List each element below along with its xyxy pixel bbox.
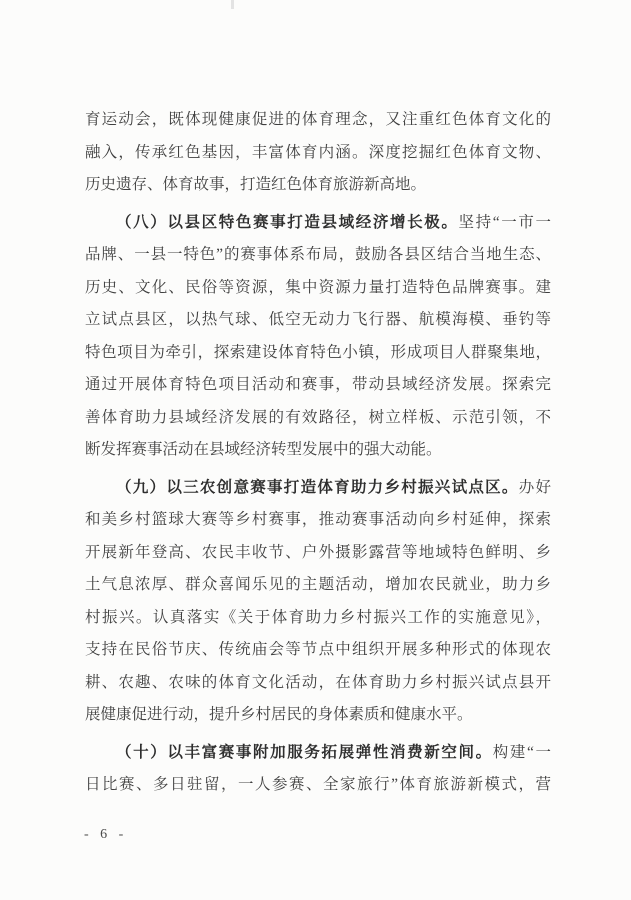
text-line: 特色项目为牵引，探索建设体育特色小镇，形成项目人群聚集地， [85,337,551,370]
text-line: （九）以三农创意赛事打造体育助力乡村振兴试点区。办好 [85,472,551,505]
text-line: 日比赛、多日驻留，一人参赛、全家旅行”体育旅游新模式，营 [85,769,551,802]
heading-bold-text: （八）以县区特色赛事打造县域经济增长极。 [116,214,458,231]
scan-artifact-mark [231,0,234,9]
text-line: 村振兴。认真落实《关于体育助力乡村振兴工作的实施意见》， [85,602,551,635]
paragraph-continuation-red-sports: 育运动会，既体现健康促进的体育理念，又注重红色体育文化的融入，传承红色基因，丰富… [85,104,551,202]
text-line: 和美乡村篮球大赛等乡村赛事，推动赛事活动向乡村延伸，探索 [85,504,551,537]
text-line: 支持在民俗节庆、传统庙会等节点中组织开展多种形式的体现农 [85,634,551,667]
paragraph-8-county-events: （八）以县区特色赛事打造县域经济增长极。坚持“一市一品牌、一县一特色”的赛事体系… [85,207,551,467]
body-text: 坚持“一市一 [458,214,551,231]
text-line: 开展新年登高、农民丰收节、户外摄影露营等地域特色鲜明、乡 [85,537,551,570]
document-body-text: 育运动会，既体现健康促进的体育理念，又注重红色体育文化的融入，传承红色基因，丰富… [85,104,551,802]
body-text: 支持在民俗节庆、传统庙会等节点中组织开展多种形式的体现农 [85,641,551,658]
body-text: 通过开展体育特色项目活动和赛事，带动县域经济发展。探索完 [85,376,551,393]
body-text: 土气息浓厚、群众喜闻乐见的主题活动，增加农民就业，助力乡 [85,576,551,593]
body-text: 历史、文化、民俗等资源，集中资源力量打造特色品牌赛事。建 [85,279,551,296]
text-line: 断发挥赛事活动在县域经济转型发展中的强大动能。 [85,434,551,467]
scanned-document-page: 育运动会，既体现健康促进的体育理念，又注重红色体育文化的融入，传承红色基因，丰富… [0,0,631,900]
body-text: 构建“一 [493,744,551,761]
text-line: 展健康促进行动，提升乡村居民的身体素质和健康水平。 [85,699,551,732]
text-line: （八）以县区特色赛事打造县域经济增长极。坚持“一市一 [85,207,551,240]
body-text: 村振兴。认真落实《关于体育助力乡村振兴工作的实施意见》， [85,609,551,626]
text-line: 历史遗存、体育故事，打造红色体育旅游新高地。 [85,169,551,202]
text-line: 善体育助力县域经济发展的有效路径，树立样板、示范引领，不 [85,402,551,435]
body-text: 立试点县区，以热气球、低空无动力飞行器、航模海模、垂钓等 [85,311,551,328]
body-text: 融入，传承红色基因，丰富体育内涵。深度挖掘红色体育文物、 [85,144,551,161]
text-line: 耕、农趣、农味的体育文化活动，在体育助力乡村振兴试点县开 [85,667,551,700]
body-text: 特色项目为牵引，探索建设体育特色小镇，形成项目人群聚集地， [85,344,551,361]
body-text: 耕、农趣、农味的体育文化活动，在体育助力乡村振兴试点县开 [85,674,551,691]
body-text: 和美乡村篮球大赛等乡村赛事，推动赛事活动向乡村延伸，探索 [85,511,551,528]
body-text: 善体育助力县域经济发展的有效路径，树立样板、示范引领，不 [85,409,551,426]
body-text: 开展新年登高、农民丰收节、户外摄影露营等地域特色鲜明、乡 [85,544,551,561]
body-text: 品牌、一县一特色”的赛事体系布局，鼓励各县区结合当地生态、 [85,246,551,263]
text-line: 立试点县区，以热气球、低空无动力飞行器、航模海模、垂钓等 [85,304,551,337]
page-number: - 6 - [84,827,127,843]
text-line: 育运动会，既体现健康促进的体育理念，又注重红色体育文化的 [85,104,551,137]
paragraph-9-rural-revitalization: （九）以三农创意赛事打造体育助力乡村振兴试点区。办好和美乡村篮球大赛等乡村赛事，… [85,472,551,732]
text-line: 通过开展体育特色项目活动和赛事，带动县域经济发展。探索完 [85,369,551,402]
text-line: 土气息浓厚、群众喜闻乐见的主题活动，增加农民就业，助力乡 [85,569,551,602]
text-line: 历史、文化、民俗等资源，集中资源力量打造特色品牌赛事。建 [85,272,551,305]
body-text: 展健康促进行动，提升乡村居民的身体素质和健康水平。 [85,706,473,723]
text-line: （十）以丰富赛事附加服务拓展弹性消费新空间。构建“一 [85,737,551,770]
paragraph-10-flexible-consumption: （十）以丰富赛事附加服务拓展弹性消费新空间。构建“一日比赛、多日驻留，一人参赛、… [85,737,551,802]
body-text: 育运动会，既体现健康促进的体育理念，又注重红色体育文化的 [85,111,551,128]
body-text: 历史遗存、体育故事，打造红色体育旅游新高地。 [85,176,426,193]
heading-bold-text: （九）以三农创意赛事打造体育助力乡村振兴试点区。 [116,479,519,496]
text-line: 融入，传承红色基因，丰富体育内涵。深度挖掘红色体育文物、 [85,137,551,170]
body-text: 断发挥赛事活动在县域经济转型发展中的强大动能。 [85,441,442,458]
heading-bold-text: （十）以丰富赛事附加服务拓展弹性消费新空间。 [116,744,493,761]
body-text: 日比赛、多日驻留，一人参赛、全家旅行”体育旅游新模式，营 [85,776,551,793]
text-line: 品牌、一县一特色”的赛事体系布局，鼓励各县区结合当地生态、 [85,239,551,272]
body-text: 办好 [519,479,551,496]
